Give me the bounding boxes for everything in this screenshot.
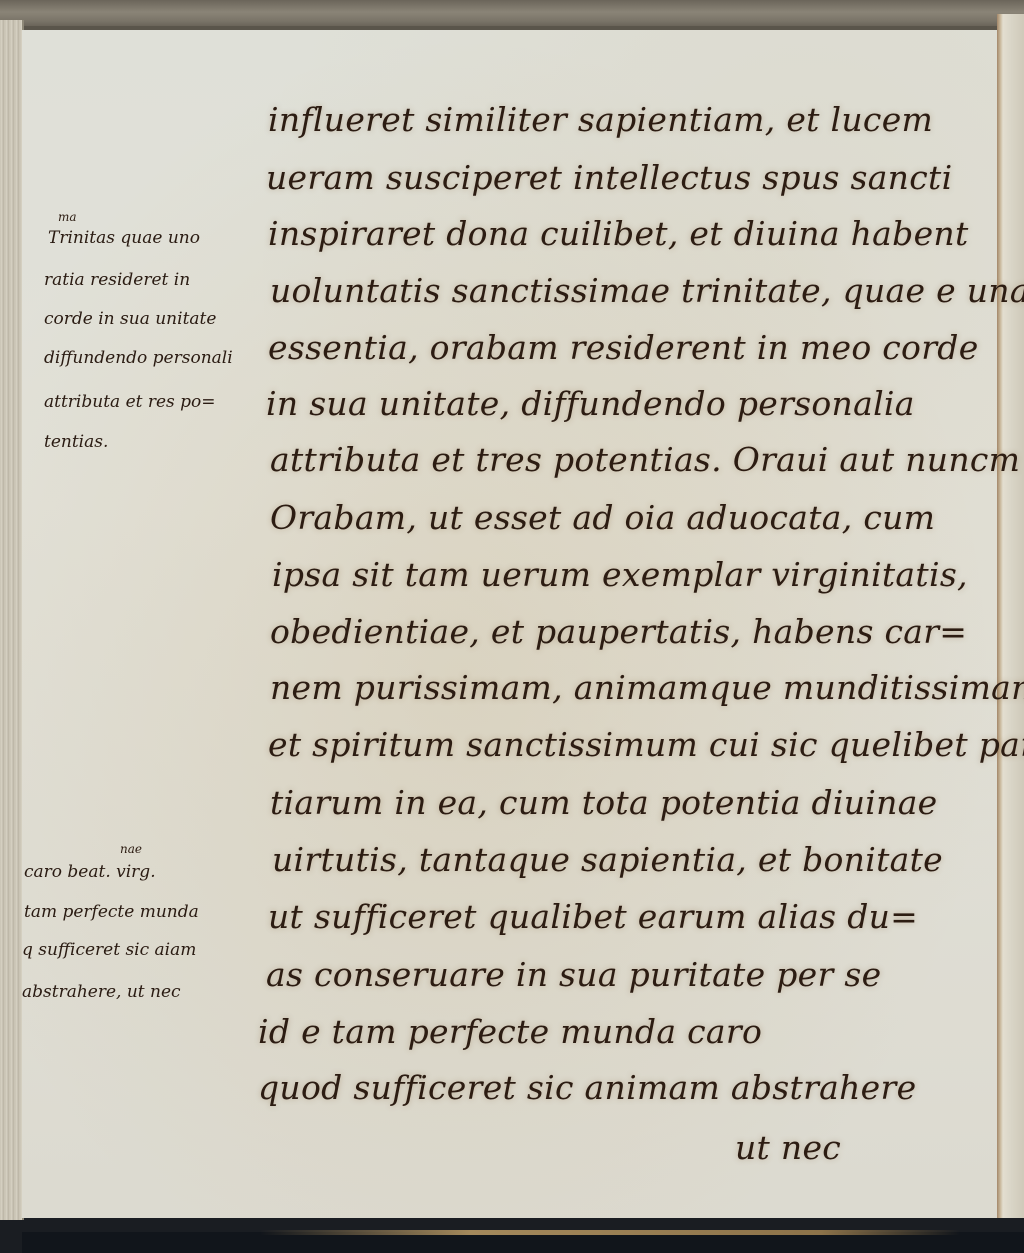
text-line: as conseruare in sua puritate per se: [266, 955, 881, 994]
text-line: ut sufficeret qualibet earum alias du=: [268, 897, 918, 936]
text-line: nem purissimam, animamque munditissimam: [270, 668, 1024, 707]
text-line: id e tam perfecte munda caro: [258, 1012, 762, 1051]
margin-line: tentias.: [44, 432, 108, 452]
binding-gutter: [0, 20, 24, 1220]
book-cover-bottom: [22, 1232, 1024, 1253]
margin-line: ratia resideret in: [44, 270, 190, 290]
text-line-catchword: ut nec: [735, 1128, 841, 1167]
margin-line: abstrahere, ut nec: [22, 982, 181, 1002]
text-line: tiarum in ea, cum tota potentia diuinae: [270, 783, 938, 822]
text-line: in sua unitate, diffundendo personalia: [266, 384, 915, 423]
page-fore-edge: [997, 14, 1024, 1218]
margin-line: diffundendo personali: [44, 348, 233, 368]
margin-line: attributa et res po=: [44, 392, 216, 412]
text-line: quod sufficeret sic animam abstrahere: [258, 1068, 916, 1107]
margin-line: caro beat. virg.: [24, 862, 156, 882]
text-line: uoluntatis sanctissimae trinitate, quae …: [270, 271, 1024, 310]
text-line: ueram susciperet intellectus spus sancti: [266, 158, 952, 197]
manuscript-photo: influeret similiter sapientiam, et lucem…: [0, 0, 1024, 1253]
page-bottom-stain: [260, 1230, 960, 1235]
text-line: obedientiae, et paupertatis, habens car=: [270, 612, 967, 651]
book-top-edge: [0, 0, 1024, 30]
margin-line: Trinitas quae uno: [48, 228, 200, 248]
text-line: et spiritum sanctissimum cui sic quelibe…: [268, 725, 1024, 764]
margin-line: corde in sua unitate: [44, 309, 216, 329]
margin-line: q sufficeret sic aiam: [22, 940, 196, 960]
text-line: inspiraret dona cuilibet, et diuina habe…: [268, 214, 969, 253]
text-line: uirtutis, tantaque sapientia, et bonitat…: [272, 840, 943, 879]
margin-line: tam perfecte munda: [24, 902, 199, 922]
text-line: essentia, orabam residerent in meo corde: [268, 328, 979, 367]
margin-superscript: nae: [120, 842, 142, 856]
text-line: Orabam, ut esset ad oia aduocata, cum: [270, 498, 935, 537]
text-line: ipsa sit tam uerum exemplar virginitatis…: [272, 555, 968, 594]
margin-superscript: ma: [58, 210, 77, 224]
text-line: attributa et tres potentias. Oraui aut n…: [270, 440, 1020, 479]
text-line: influeret similiter sapientiam, et lucem: [268, 100, 933, 139]
